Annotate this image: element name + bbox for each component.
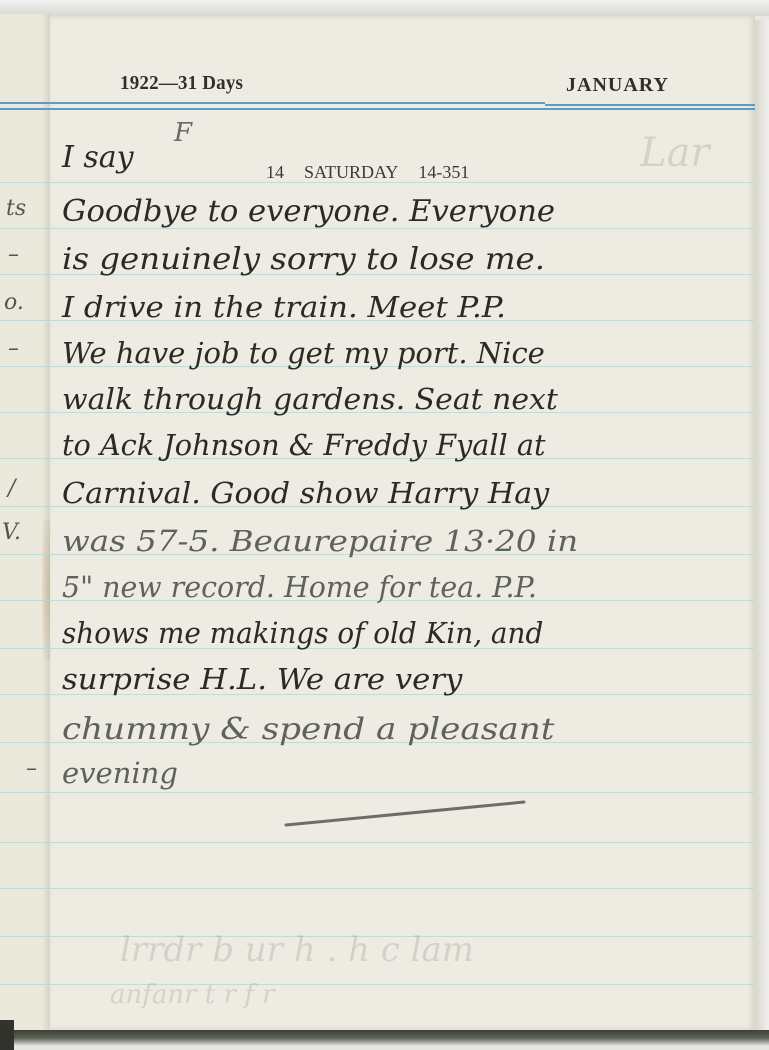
notebook-strap [0, 1020, 14, 1050]
entry-line: We have job to get my port. Nice [62, 336, 752, 370]
left-page-fragment: V. [2, 520, 21, 545]
ruled-line [0, 888, 755, 889]
left-page-fragment: – [26, 756, 37, 781]
show-through-writing: anfanr t r f r [110, 980, 275, 1010]
header-rule-bottom [0, 108, 755, 110]
entry-line: was 57-5. Beaurepaire 13·20 in [62, 524, 769, 558]
left-page-fragment: o. [4, 290, 24, 315]
show-through-writing: lrrdr b ur h . h c lam [120, 930, 474, 970]
entry-line: chummy & spend a pleasant [62, 712, 769, 747]
entry-line: 5" new record. Home for tea. P.P. [62, 570, 738, 604]
diary-year-header: 1922—31 Days [120, 72, 243, 95]
ruled-line [0, 842, 755, 843]
entry-line: shows me makings of old Kin, and [62, 616, 724, 650]
header-rule-top [0, 102, 545, 104]
entry-line: I drive in the train. Meet P.P. [62, 290, 769, 324]
left-page-fragment: / [8, 476, 15, 501]
diary-month-header: JANUARY [566, 74, 669, 97]
entry-line: is genuinely sorry to lose me. [62, 242, 769, 277]
entry-line: to Ack Johnson & Freddy Fyall at [62, 428, 745, 462]
ruled-line [0, 792, 755, 793]
entry-line: walk through gardens. Seat next [62, 382, 769, 416]
header-rule-top-right [545, 104, 755, 106]
entry-line: Goodbye to everyone. Everyone [62, 194, 766, 229]
left-page-fragment: – [8, 242, 19, 267]
entry-line: Carnival. Good show Harry Hay [62, 476, 769, 510]
left-page-fragment: ts [6, 196, 26, 221]
entry-line: evening [62, 756, 752, 790]
entry-line: I say [62, 140, 752, 175]
entry-line: surprise H.L. We are very [62, 662, 769, 696]
left-page-fragment: – [8, 336, 19, 361]
notebook-cover-top [0, 0, 769, 16]
notebook-cover-bottom [0, 1030, 769, 1050]
